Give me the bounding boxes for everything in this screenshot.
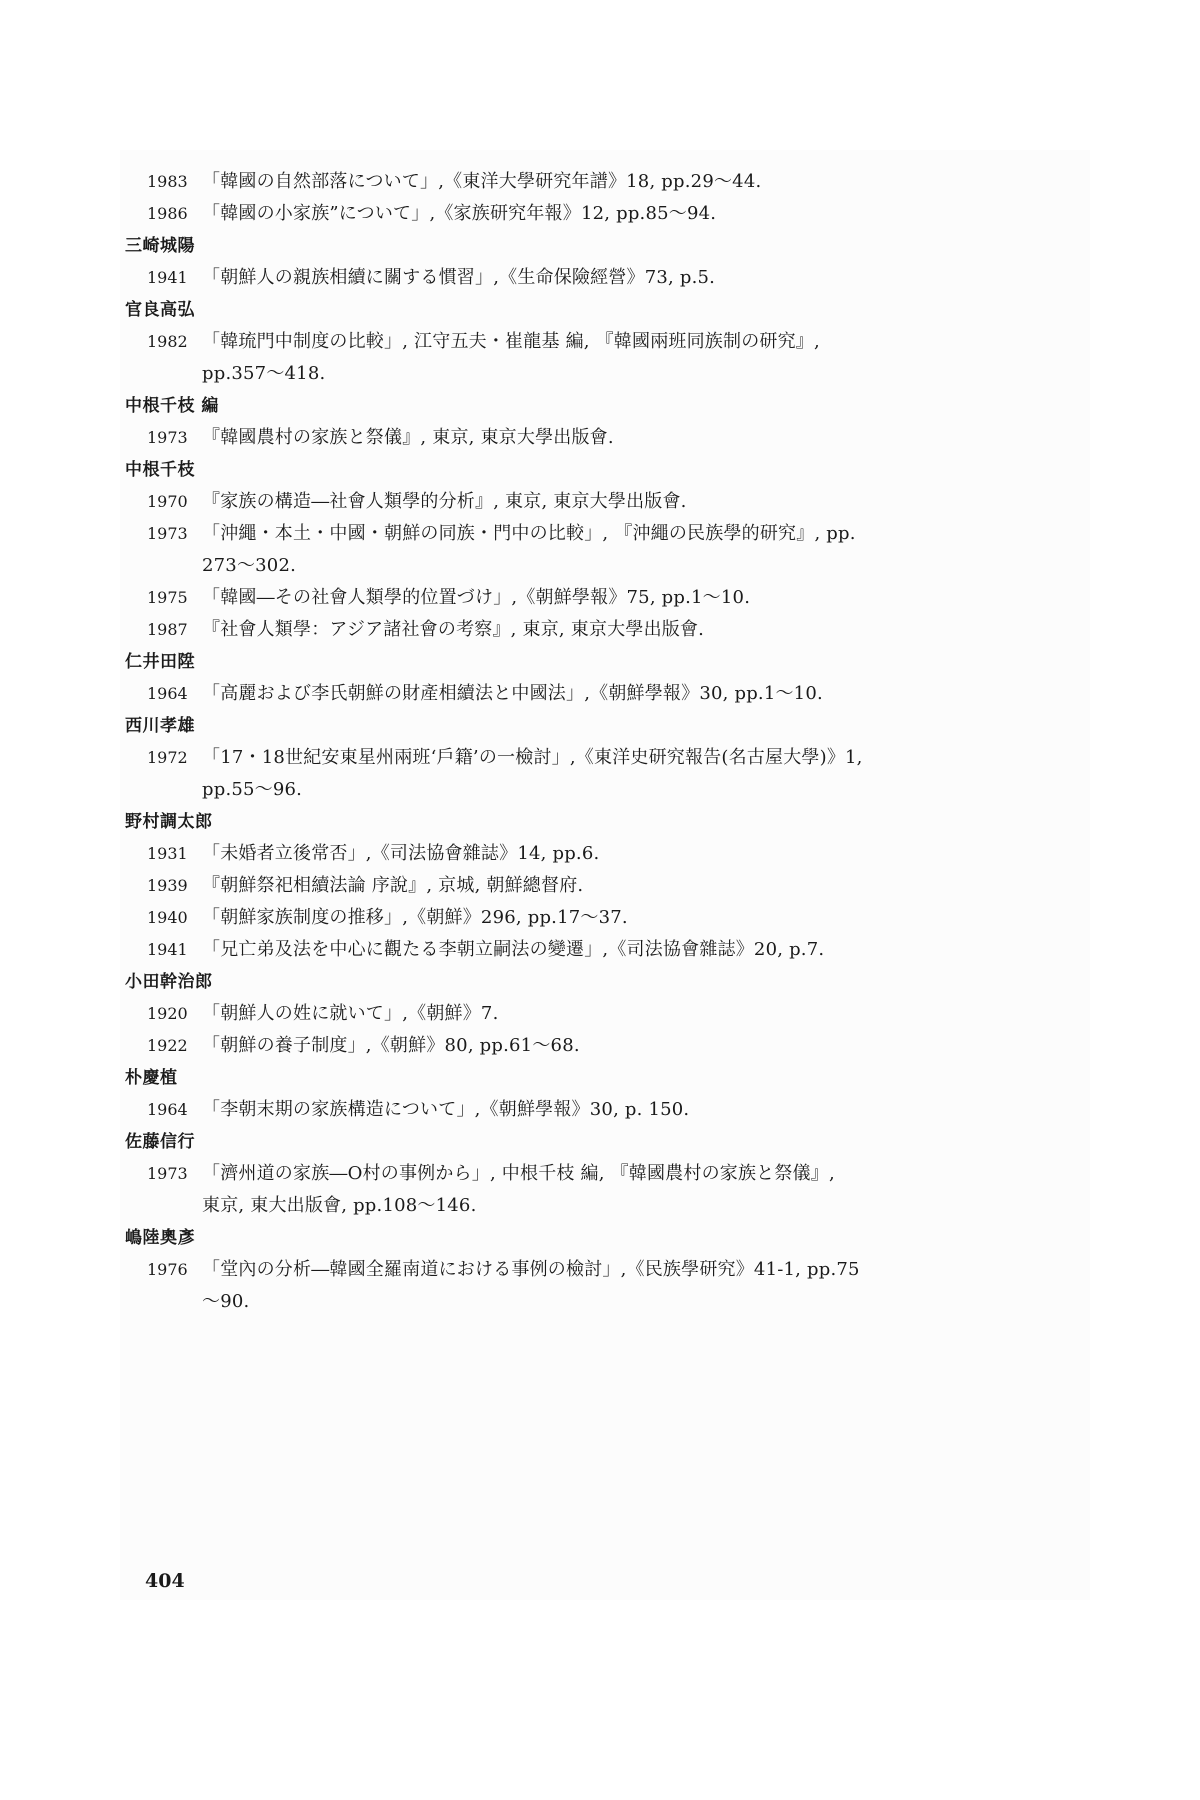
author-heading: 西川孝雄 (125, 710, 1065, 742)
entry-text: 「沖繩・本土・中國・朝鮮の同族・門中の比較」, 『沖繩の民族學的研究』, pp.… (202, 518, 1065, 582)
bibliography-entry: 1973「沖繩・本土・中國・朝鮮の同族・門中の比較」, 『沖繩の民族學的研究』,… (125, 518, 1065, 582)
entry-text: 「高麗および李氏朝鮮の財產相續法と中國法」,《朝鮮學報》30, pp.1～10. (202, 678, 1065, 710)
bibliography-entry: 1964「李朝末期の家族構造について」,《朝鮮學報》30, p. 150. (125, 1094, 1065, 1126)
bibliography-entry: 1986「韓國の小家族”について」,《家族研究年報》12, pp.85～94. (125, 198, 1065, 230)
entry-line: 「韓國の小家族”について」,《家族研究年報》12, pp.85～94. (202, 198, 1065, 230)
author-heading: 中根千枝 編 (125, 390, 1065, 422)
entry-line: ～90. (202, 1286, 1065, 1318)
entry-year: 1970 (147, 486, 202, 518)
entry-year: 1986 (147, 198, 202, 230)
entry-year: 1920 (147, 998, 202, 1030)
bibliography-entry: 1982「韓琉門中制度の比較」, 江守五夫・崔龍基 編, 『韓國兩班同族制の研究… (125, 326, 1065, 390)
author-group: 西川孝雄1972「17・18世紀安東星州兩班‘戶籍’の一檢討」,《東洋史研究報告… (125, 710, 1065, 806)
entry-line: 「未婚者立後常否」,《司法協會雜誌》14, pp.6. (202, 838, 1065, 870)
entry-line: 「韓國―その社會人類學的位置づけ」,《朝鮮學報》75, pp.1～10. (202, 582, 1065, 614)
bibliography-entry: 1973『韓國農村の家族と祭儀』, 東京, 東京大學出版會. (125, 422, 1065, 454)
entry-year: 1941 (147, 262, 202, 294)
entry-year: 1964 (147, 1094, 202, 1126)
entry-line: 「朝鮮人の姓に就いて」,《朝鮮》7. (202, 998, 1065, 1030)
entry-text: 「朝鮮人の親族相續に關する慣習」,《生命保險經營》73, p.5. (202, 262, 1065, 294)
entry-text: 「濟州道の家族―O村の事例から」, 中根千枝 編, 『韓國農村の家族と祭儀』,東… (202, 1158, 1065, 1222)
entry-year: 1973 (147, 1158, 202, 1222)
author-group: 1983「韓國の自然部落について」,《東洋大學研究年譜》18, pp.29～44… (125, 166, 1065, 230)
bibliography-entry: 1941「兄亡弟及法を中心に觀たる李朝立嗣法の變遷」,《司法協會雜誌》20, p… (125, 934, 1065, 966)
entry-line: 「17・18世紀安東星州兩班‘戶籍’の一檢討」,《東洋史研究報告(名古屋大學)》… (202, 742, 1065, 774)
entry-text: 「朝鮮人の姓に就いて」,《朝鮮》7. (202, 998, 1065, 1030)
entry-text: 「17・18世紀安東星州兩班‘戶籍’の一檢討」,《東洋史研究報告(名古屋大學)》… (202, 742, 1065, 806)
bibliography-entry: 1931「未婚者立後常否」,《司法協會雜誌》14, pp.6. (125, 838, 1065, 870)
entry-text: 「堂內の分析―韓國全羅南道における事例の檢討」,《民族學研究》41-1, pp.… (202, 1254, 1065, 1318)
author-heading: 野村調太郎 (125, 806, 1065, 838)
entry-line: 「濟州道の家族―O村の事例から」, 中根千枝 編, 『韓國農村の家族と祭儀』, (202, 1158, 1065, 1190)
author-group: 小田幹治郎1920「朝鮮人の姓に就いて」,《朝鮮》7.1922「朝鮮の養子制度」… (125, 966, 1065, 1062)
entry-line: 東京, 東大出版會, pp.108～146. (202, 1190, 1065, 1222)
author-group: 中根千枝1970『家族の構造―社會人類學的分析』, 東京, 東京大學出版會.19… (125, 454, 1065, 646)
bibliography-entry: 1976「堂內の分析―韓國全羅南道における事例の檢討」,《民族學研究》41-1,… (125, 1254, 1065, 1318)
entry-line: 「堂內の分析―韓國全羅南道における事例の檢討」,《民族學研究》41-1, pp.… (202, 1254, 1065, 1286)
entry-year: 1987 (147, 614, 202, 646)
entry-year: 1940 (147, 902, 202, 934)
entry-year: 1982 (147, 326, 202, 390)
entry-line: 「沖繩・本土・中國・朝鮮の同族・門中の比較」, 『沖繩の民族學的研究』, pp. (202, 518, 1065, 550)
entry-year: 1939 (147, 870, 202, 902)
entry-year: 1973 (147, 518, 202, 582)
entry-text: 「韓國の自然部落について」,《東洋大學研究年譜》18, pp.29～44. (202, 166, 1065, 198)
entry-text: 「朝鮮家族制度の推移」,《朝鮮》296, pp.17～37. (202, 902, 1065, 934)
entry-year: 1975 (147, 582, 202, 614)
bibliography-entry: 1970『家族の構造―社會人類學的分析』, 東京, 東京大學出版會. (125, 486, 1065, 518)
bibliography-entry: 1987『社會人類學：アジア諸社會の考察』, 東京, 東京大學出版會. (125, 614, 1065, 646)
entry-line: 「兄亡弟及法を中心に觀たる李朝立嗣法の變遷」,《司法協會雜誌》20, p.7. (202, 934, 1065, 966)
author-heading: 佐藤信行 (125, 1126, 1065, 1158)
entry-year: 1964 (147, 678, 202, 710)
bibliography-entry: 1972「17・18世紀安東星州兩班‘戶籍’の一檢討」,《東洋史研究報告(名古屋… (125, 742, 1065, 806)
bibliography-entry: 1983「韓國の自然部落について」,《東洋大學研究年譜》18, pp.29～44… (125, 166, 1065, 198)
entry-text: 「李朝末期の家族構造について」,《朝鮮學報》30, p. 150. (202, 1094, 1065, 1126)
bibliography-entry: 1939『朝鮮祭祀相續法論 序說』, 京城, 朝鮮總督府. (125, 870, 1065, 902)
bibliography-entry: 1920「朝鮮人の姓に就いて」,《朝鮮》7. (125, 998, 1065, 1030)
entry-line: 『家族の構造―社會人類學的分析』, 東京, 東京大學出版會. (202, 486, 1065, 518)
entry-line: 「高麗および李氏朝鮮の財產相續法と中國法」,《朝鮮學報》30, pp.1～10. (202, 678, 1065, 710)
entry-year: 1976 (147, 1254, 202, 1318)
entry-text: 「韓國の小家族”について」,《家族研究年報》12, pp.85～94. (202, 198, 1065, 230)
author-group: 中根千枝 編1973『韓國農村の家族と祭儀』, 東京, 東京大學出版會. (125, 390, 1065, 454)
entry-line: 「朝鮮家族制度の推移」,《朝鮮》296, pp.17～37. (202, 902, 1065, 934)
entry-line: 『社會人類學：アジア諸社會の考察』, 東京, 東京大學出版會. (202, 614, 1065, 646)
author-group: 野村調太郎1931「未婚者立後常否」,《司法協會雜誌》14, pp.6.1939… (125, 806, 1065, 966)
entry-text: 「未婚者立後常否」,《司法協會雜誌》14, pp.6. (202, 838, 1065, 870)
entry-text: 「韓琉門中制度の比較」, 江守五夫・崔龍基 編, 『韓國兩班同族制の研究』,pp… (202, 326, 1065, 390)
author-group: 嶋陸奧彥1976「堂內の分析―韓國全羅南道における事例の檢討」,《民族學研究》4… (125, 1222, 1065, 1318)
bibliography-entry: 1973「濟州道の家族―O村の事例から」, 中根千枝 編, 『韓國農村の家族と祭… (125, 1158, 1065, 1222)
bibliography-list: 1983「韓國の自然部落について」,《東洋大學研究年譜》18, pp.29～44… (125, 166, 1065, 1318)
author-heading: 官良高弘 (125, 294, 1065, 326)
entry-year: 1972 (147, 742, 202, 806)
entry-line: 「朝鮮人の親族相續に關する慣習」,《生命保險經營》73, p.5. (202, 262, 1065, 294)
bibliography-entry: 1940「朝鮮家族制度の推移」,《朝鮮》296, pp.17～37. (125, 902, 1065, 934)
entry-year: 1973 (147, 422, 202, 454)
author-heading: 朴慶植 (125, 1062, 1065, 1094)
bibliography-entry: 1964「高麗および李氏朝鮮の財產相續法と中國法」,《朝鮮學報》30, pp.1… (125, 678, 1065, 710)
author-group: 仁井田陞1964「高麗および李氏朝鮮の財產相續法と中國法」,《朝鮮學報》30, … (125, 646, 1065, 710)
entry-text: 『朝鮮祭祀相續法論 序說』, 京城, 朝鮮總督府. (202, 870, 1065, 902)
author-heading: 嶋陸奧彥 (125, 1222, 1065, 1254)
author-heading: 三崎城陽 (125, 230, 1065, 262)
entry-line: 「朝鮮の養子制度」,《朝鮮》80, pp.61～68. (202, 1030, 1065, 1062)
bibliography-entry: 1975「韓國―その社會人類學的位置づけ」,《朝鮮學報》75, pp.1～10. (125, 582, 1065, 614)
entry-text: 「朝鮮の養子制度」,《朝鮮》80, pp.61～68. (202, 1030, 1065, 1062)
entry-line: 「韓國の自然部落について」,《東洋大學研究年譜》18, pp.29～44. (202, 166, 1065, 198)
entry-text: 『家族の構造―社會人類學的分析』, 東京, 東京大學出版會. (202, 486, 1065, 518)
entry-year: 1931 (147, 838, 202, 870)
author-group: 官良高弘1982「韓琉門中制度の比較」, 江守五夫・崔龍基 編, 『韓國兩班同族… (125, 294, 1065, 390)
author-heading: 小田幹治郎 (125, 966, 1065, 998)
entry-year: 1922 (147, 1030, 202, 1062)
author-heading: 中根千枝 (125, 454, 1065, 486)
entry-line: 「李朝末期の家族構造について」,《朝鮮學報》30, p. 150. (202, 1094, 1065, 1126)
entry-text: 『社會人類學：アジア諸社會の考察』, 東京, 東京大學出版會. (202, 614, 1065, 646)
entry-text: 「韓國―その社會人類學的位置づけ」,《朝鮮學報》75, pp.1～10. (202, 582, 1065, 614)
entry-line: 273～302. (202, 550, 1065, 582)
bibliography-entry: 1941「朝鮮人の親族相續に關する慣習」,《生命保險經營》73, p.5. (125, 262, 1065, 294)
entry-year: 1941 (147, 934, 202, 966)
entry-line: pp.55～96. (202, 774, 1065, 806)
entry-year: 1983 (147, 166, 202, 198)
entry-line: pp.357～418. (202, 358, 1065, 390)
entry-line: 「韓琉門中制度の比較」, 江守五夫・崔龍基 編, 『韓國兩班同族制の研究』, (202, 326, 1065, 358)
entry-text: 「兄亡弟及法を中心に觀たる李朝立嗣法の變遷」,《司法協會雜誌》20, p.7. (202, 934, 1065, 966)
author-group: 朴慶植1964「李朝末期の家族構造について」,《朝鮮學報》30, p. 150. (125, 1062, 1065, 1126)
author-group: 佐藤信行1973「濟州道の家族―O村の事例から」, 中根千枝 編, 『韓國農村の… (125, 1126, 1065, 1222)
entry-text: 『韓國農村の家族と祭儀』, 東京, 東京大學出版會. (202, 422, 1065, 454)
page-number: 404 (145, 1570, 185, 1592)
entry-line: 『朝鮮祭祀相續法論 序說』, 京城, 朝鮮總督府. (202, 870, 1065, 902)
author-group: 三崎城陽1941「朝鮮人の親族相續に關する慣習」,《生命保險經營》73, p.5… (125, 230, 1065, 294)
author-heading: 仁井田陞 (125, 646, 1065, 678)
entry-line: 『韓國農村の家族と祭儀』, 東京, 東京大學出版會. (202, 422, 1065, 454)
bibliography-entry: 1922「朝鮮の養子制度」,《朝鮮》80, pp.61～68. (125, 1030, 1065, 1062)
